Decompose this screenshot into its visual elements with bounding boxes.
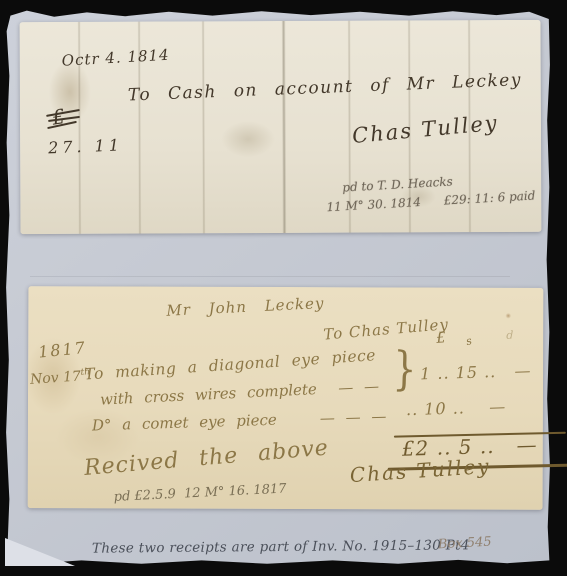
receipt2-to-line: To Chas Tulley xyxy=(323,316,450,343)
receipt2-item2: D° a comet eye piece — — — xyxy=(92,408,387,434)
mount-seam-line xyxy=(30,276,510,277)
receipt2-item1-line2: with cross wires complete — — xyxy=(100,378,380,408)
receipt2-received-line: Recived the above xyxy=(83,437,330,482)
receipt-1817: Mr John Leckey To Chas Tulley 1817 Nov 1… xyxy=(28,286,544,510)
receipt2-year: 1817 xyxy=(37,339,87,361)
receipt1-body-line: To Cash on account of Mr Leckey xyxy=(128,71,523,105)
column-shillings-symbol: s xyxy=(465,335,473,348)
column-pound-symbol: £ xyxy=(436,329,447,346)
receipt2-date-day: Nov 17th xyxy=(30,368,91,388)
receipt2-amount1: 1 .. 15 .. — xyxy=(420,362,532,383)
receipt1-signature: Chas Tulley xyxy=(351,112,499,148)
receipt1-struck-pound: £ xyxy=(46,106,86,132)
date-day-main: Nov 17 xyxy=(30,369,82,388)
receipt2-paid-note: pd £2.5.9 12 M° 16. 1817 xyxy=(113,482,286,505)
receipt1-amount: 27. 11 xyxy=(48,136,124,157)
archive-photograph: Octr 4. 1814 To Cash on account of Mr Le… xyxy=(0,0,567,576)
fold-line xyxy=(202,21,206,233)
receipt2-signature: Chas Tulley xyxy=(349,455,491,486)
mount-caption: These two receipts are part of Inv. No. … xyxy=(92,538,470,556)
receipt2-item1-line1: To making a diagonal eye piece xyxy=(84,347,377,383)
receipt2-addressee: Mr John Leckey xyxy=(166,295,325,319)
fold-line xyxy=(282,21,287,233)
receipt-1814: Octr 4. 1814 To Cash on account of Mr Le… xyxy=(20,20,542,234)
brace-glyph: } xyxy=(392,343,417,395)
receipt1-paid-note-line1: pd to T. D. Heacks xyxy=(342,175,453,194)
column-pence-symbol: d xyxy=(506,330,513,342)
receipt2-amount2: .. 10 .. — xyxy=(406,398,507,419)
mount-box-label: Box 545 xyxy=(438,536,492,553)
receipt1-date: Octr 4. 1814 xyxy=(61,47,170,70)
